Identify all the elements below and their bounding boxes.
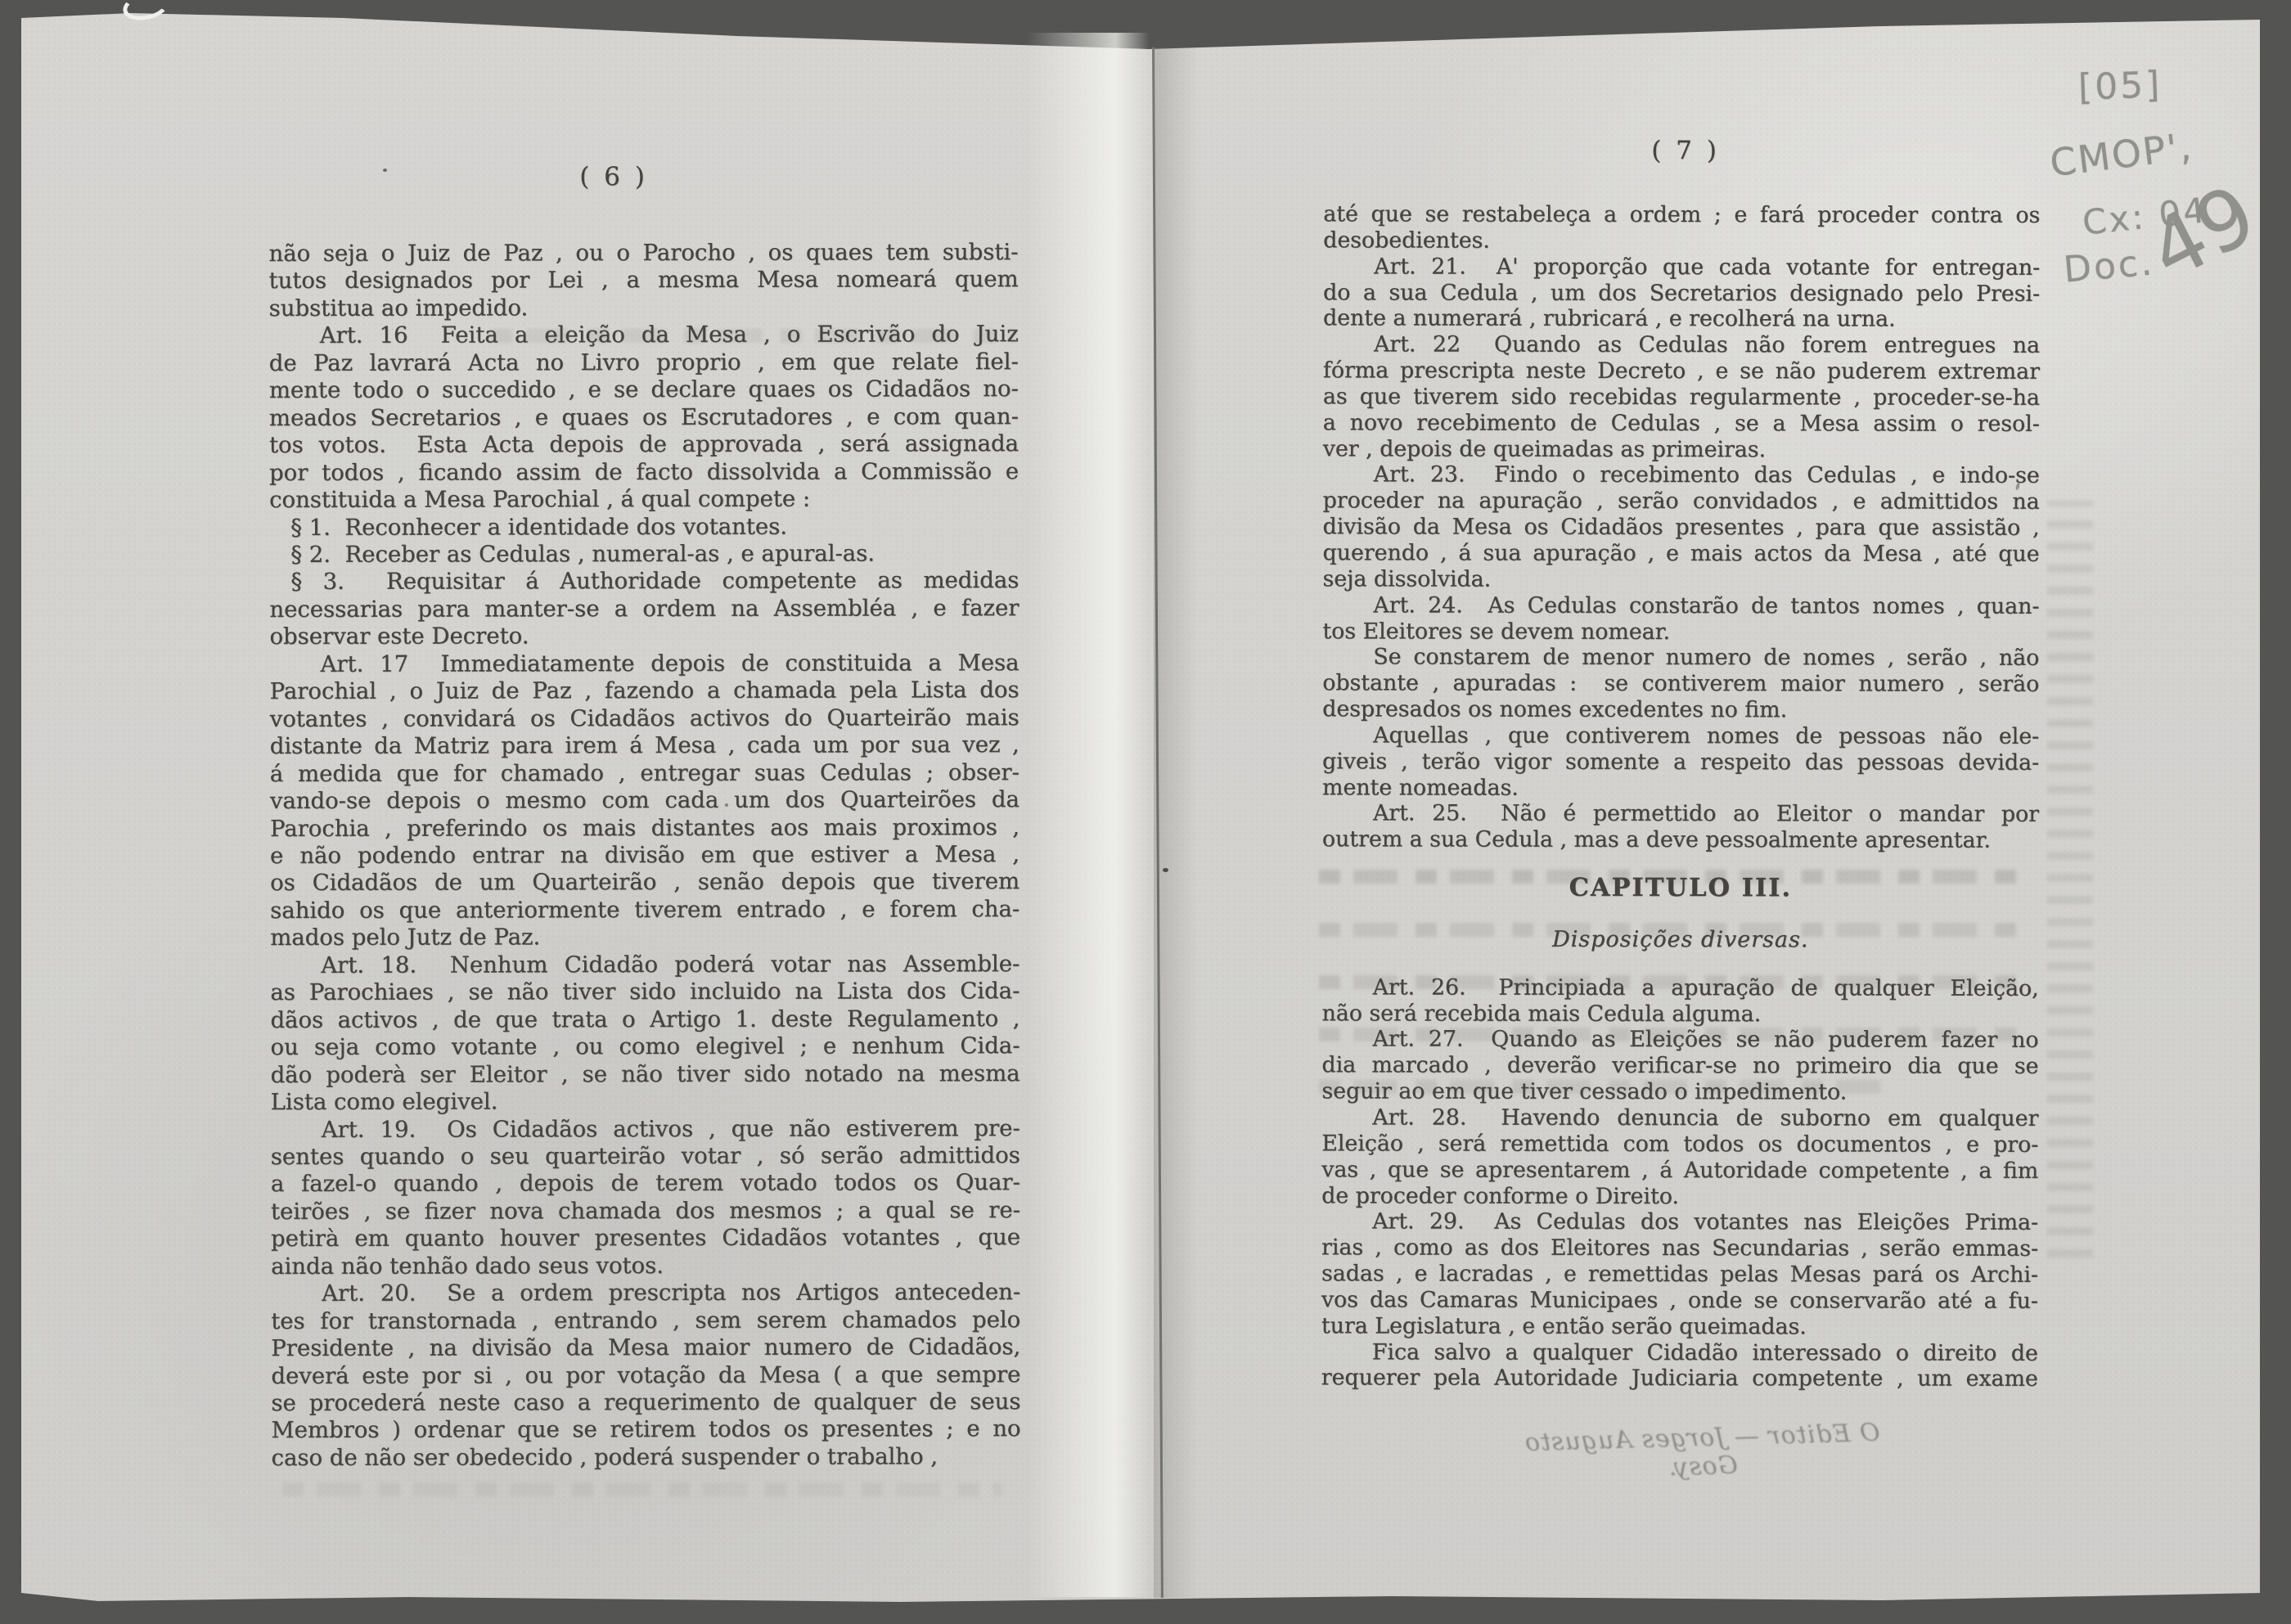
text-line: tutos designados por Lei , a mesma Mesa … bbox=[268, 266, 1018, 295]
text-line: tes for transtornada , entrando , sem se… bbox=[271, 1307, 1020, 1335]
text-line: mados pelo Jutz de Paz. bbox=[270, 923, 1019, 951]
text-line: até que se restabeleça a ordem ; e fará … bbox=[1323, 201, 2040, 228]
text-line: se procederá neste caso a requerimento d… bbox=[271, 1388, 1020, 1417]
gutter-highlight bbox=[1027, 33, 1150, 1597]
text-line: Lista como elegivel. bbox=[271, 1087, 1020, 1116]
text-line: dia marcado , deverão verificar-se no pr… bbox=[1321, 1053, 2038, 1080]
text-line: divisão da Mesa os Cidadãos presentes , … bbox=[1323, 514, 2040, 541]
text-line: querendo , á sua apuração , e mais actos… bbox=[1322, 540, 2039, 567]
text-line: vas , que se apresentarem , á Autoridade… bbox=[1321, 1157, 2038, 1184]
text-line: Presidente , na divisão da Mesa maior nu… bbox=[271, 1334, 1020, 1362]
text-line: tura Legislatura , e então serão queimad… bbox=[1321, 1313, 2038, 1340]
text-line: Art. 17 Immediatamente depois de constit… bbox=[269, 650, 1019, 678]
text-line: as Parochiaes , se não tiver sido inclui… bbox=[270, 978, 1019, 1006]
page-number-left: ( 6 ) bbox=[544, 162, 683, 191]
text-line: sahido os que anteriormente tiverem entr… bbox=[270, 896, 1019, 924]
chapter-subtitle: Disposições diversas. bbox=[1322, 926, 2039, 953]
left-page-text-column: não seja o Juiz de Paz , ou o Parocho , … bbox=[268, 239, 1020, 1472]
text-line: § 1. Reconhecer a identidade dos votante… bbox=[269, 513, 1019, 542]
text-line: § 2. Receber as Cedulas , numeral-as , e… bbox=[269, 540, 1019, 569]
text-line: § 3. Requisitar á Authoridade competente… bbox=[269, 567, 1019, 596]
text-line: Art. 19. Os Cidadãos activos , que não e… bbox=[271, 1115, 1020, 1144]
ink-speck bbox=[1163, 868, 1168, 872]
text-line: Art. 16 Feita a eleição da Mesa , o Escr… bbox=[269, 321, 1019, 349]
text-line: as que tiverem sido recebidas regularmen… bbox=[1323, 384, 2040, 411]
text-line: tos Eleitores se devem nomear. bbox=[1322, 619, 2039, 646]
page-number-right: ( 7 ) bbox=[1616, 136, 1755, 165]
text-line: sadas , e lacradas , e remettidas pelas … bbox=[1321, 1261, 2038, 1288]
text-line: observar este Decreto. bbox=[269, 622, 1019, 650]
text-line: os Cidadãos de um Quarteirão , senão dep… bbox=[270, 868, 1019, 897]
text-line: distante da Matriz para irem á Mesa , ca… bbox=[270, 731, 1019, 760]
text-line: Art. 20. Se a ordem prescripta nos Artig… bbox=[271, 1279, 1020, 1307]
text-line: á medida que for chamado , entregar suas… bbox=[270, 759, 1019, 788]
text-line: meados Secretarios , e quaes os Escrutad… bbox=[269, 403, 1019, 432]
text-line: giveis , terão vigor somente a respeito … bbox=[1322, 749, 2039, 776]
text-line: petirà em quanto houver presentes Cidadã… bbox=[271, 1224, 1020, 1253]
text-line: sentes quando o seu quarteirão votar , s… bbox=[271, 1142, 1020, 1171]
text-line: Art. 28. Havendo denuncia de suborno em … bbox=[1321, 1104, 2038, 1131]
text-line: por todos , ficando assim de facto disso… bbox=[269, 458, 1019, 487]
text-line: Art. 23. Findo o recebimento das Cedulas… bbox=[1323, 462, 2040, 489]
text-line: Membros ) ordenar que se retirem todos o… bbox=[271, 1416, 1020, 1445]
text-line: Se constarem de menor numero de nomes , … bbox=[1322, 645, 2039, 672]
text-line: outrem a sua Cedula , mas a deve pessoal… bbox=[1322, 826, 2039, 853]
text-line: Art. 22 Quando as Cedulas não forem entr… bbox=[1323, 331, 2040, 358]
text-line: Eleição , será remettida com todos os do… bbox=[1321, 1131, 2038, 1158]
right-page-text-column: até que se restabeleça a ordem ; e fará … bbox=[1321, 201, 2041, 1392]
text-line: deverá este por si , ou por votação da M… bbox=[271, 1361, 1020, 1390]
text-line: votantes , convidará os Cidadãos activos… bbox=[270, 704, 1019, 733]
text-line: Art. 24. As Cedulas constarão de tantos … bbox=[1322, 592, 2039, 619]
text-line: Fica salvo a qualquer Cidadão interessad… bbox=[1321, 1339, 2038, 1366]
text-line: vando-se depois o mesmo com cada um dos … bbox=[270, 786, 1019, 815]
text-line: requerer pela Autoridade Judiciaria comp… bbox=[1321, 1365, 2038, 1392]
text-line: necessarias para manter-se a ordem na As… bbox=[269, 595, 1019, 623]
text-line: ver , depois de queimadas as primeiras. bbox=[1323, 436, 2040, 463]
ink-speck bbox=[383, 169, 387, 172]
text-line: Art. 21. A' proporção que cada votante f… bbox=[1323, 254, 2040, 281]
text-line: rias , como as dos Eleitores nas Secunda… bbox=[1321, 1235, 2038, 1262]
show-through-margin-column bbox=[2047, 501, 2093, 1257]
text-line: Art. 27. Quando as Eleições se não puder… bbox=[1321, 1027, 2038, 1054]
text-line: de proceder conforme o Direito. bbox=[1321, 1183, 2038, 1210]
text-line: não será recebida mais Cedula alguma. bbox=[1322, 1001, 2039, 1028]
text-line: dente a numerará , rubricará , e recolhe… bbox=[1323, 306, 2040, 333]
text-line: teirões , se fizer nova chamada dos mesm… bbox=[271, 1197, 1020, 1226]
text-line: fórma prescripta neste Decreto , e se nã… bbox=[1323, 358, 2040, 385]
text-line: a novo recebimento de Cedulas , se a Mes… bbox=[1323, 410, 2040, 437]
text-line: do a sua Cedula , um dos Secretarios des… bbox=[1323, 280, 2040, 307]
text-line: tos votos. Esta Acta depois de approvada… bbox=[269, 430, 1019, 459]
text-line: de Paz lavrará Acta no Livro proprio , e… bbox=[269, 349, 1019, 377]
scanned-document-spread: { "left_page": { "page_number": "( 6 )",… bbox=[0, 0, 2291, 1624]
text-line: seguir ao em que tiver cessado o impedim… bbox=[1321, 1078, 2038, 1105]
text-line: Parochial , o Juiz de Paz , fazendo a ch… bbox=[270, 677, 1019, 705]
text-line: vos das Camaras Municipaes , onde se con… bbox=[1321, 1287, 2038, 1314]
text-line: Art. 25. Não é permettido ao Eleitor o m… bbox=[1322, 801, 2039, 828]
text-line: ou seja como votante , ou como elegivel … bbox=[270, 1032, 1019, 1061]
chapter-heading: CAPITULO III. bbox=[1322, 875, 2039, 902]
text-line: constituida a Mesa Parochial , á qual co… bbox=[269, 485, 1019, 514]
text-line: dão poderà ser Eleitor , se não tiver si… bbox=[271, 1060, 1020, 1089]
text-line: seja dissolvida. bbox=[1322, 566, 2039, 593]
text-line: ainda não tenhão dado seus votos. bbox=[271, 1252, 1020, 1280]
text-line: dãos activos , de que trata o Artigo 1. … bbox=[270, 1005, 1019, 1034]
show-through-line bbox=[282, 1482, 1002, 1496]
text-line: e não podendo entrar na divisão em que e… bbox=[270, 841, 1019, 870]
text-line: desobedientes. bbox=[1323, 227, 2040, 254]
text-line: despresados os nomes excedentes no fim. bbox=[1322, 696, 2039, 723]
text-line: a fazel-o quando , depois de terem votad… bbox=[271, 1169, 1020, 1198]
text-line: Parochia , preferindo os mais distantes … bbox=[270, 814, 1019, 843]
center-fold-shadow bbox=[1154, 47, 1199, 1598]
text-line: mente nomeadas. bbox=[1322, 775, 2039, 802]
text-line: obstante , apuradas : se contiverem maio… bbox=[1322, 670, 2039, 697]
text-line: Aquellas , que contiverem nomes de pesso… bbox=[1322, 722, 2039, 749]
text-line: proceder na apuração , serão convidados … bbox=[1323, 488, 2040, 515]
text-line: mente todo o succedido , e se declare qu… bbox=[269, 376, 1019, 404]
pencil-annotation-doc-label: Doc. bbox=[2062, 241, 2156, 290]
text-line: Art. 18. Nenhum Cidadão poderá votar nas… bbox=[270, 951, 1019, 979]
text-line: não seja o Juiz de Paz , ou o Parocho , … bbox=[268, 239, 1018, 268]
text-line: substitua ao impedido. bbox=[269, 294, 1019, 322]
text-line: Art. 26. Principiada a apuração de qualq… bbox=[1322, 974, 2039, 1001]
text-line: Art. 29. As Cedulas dos votantes nas Ele… bbox=[1321, 1209, 2038, 1236]
pencil-annotation-ref: [05] bbox=[2077, 64, 2163, 109]
text-line: caso de não ser obedecido , poderá suspe… bbox=[272, 1443, 1021, 1472]
